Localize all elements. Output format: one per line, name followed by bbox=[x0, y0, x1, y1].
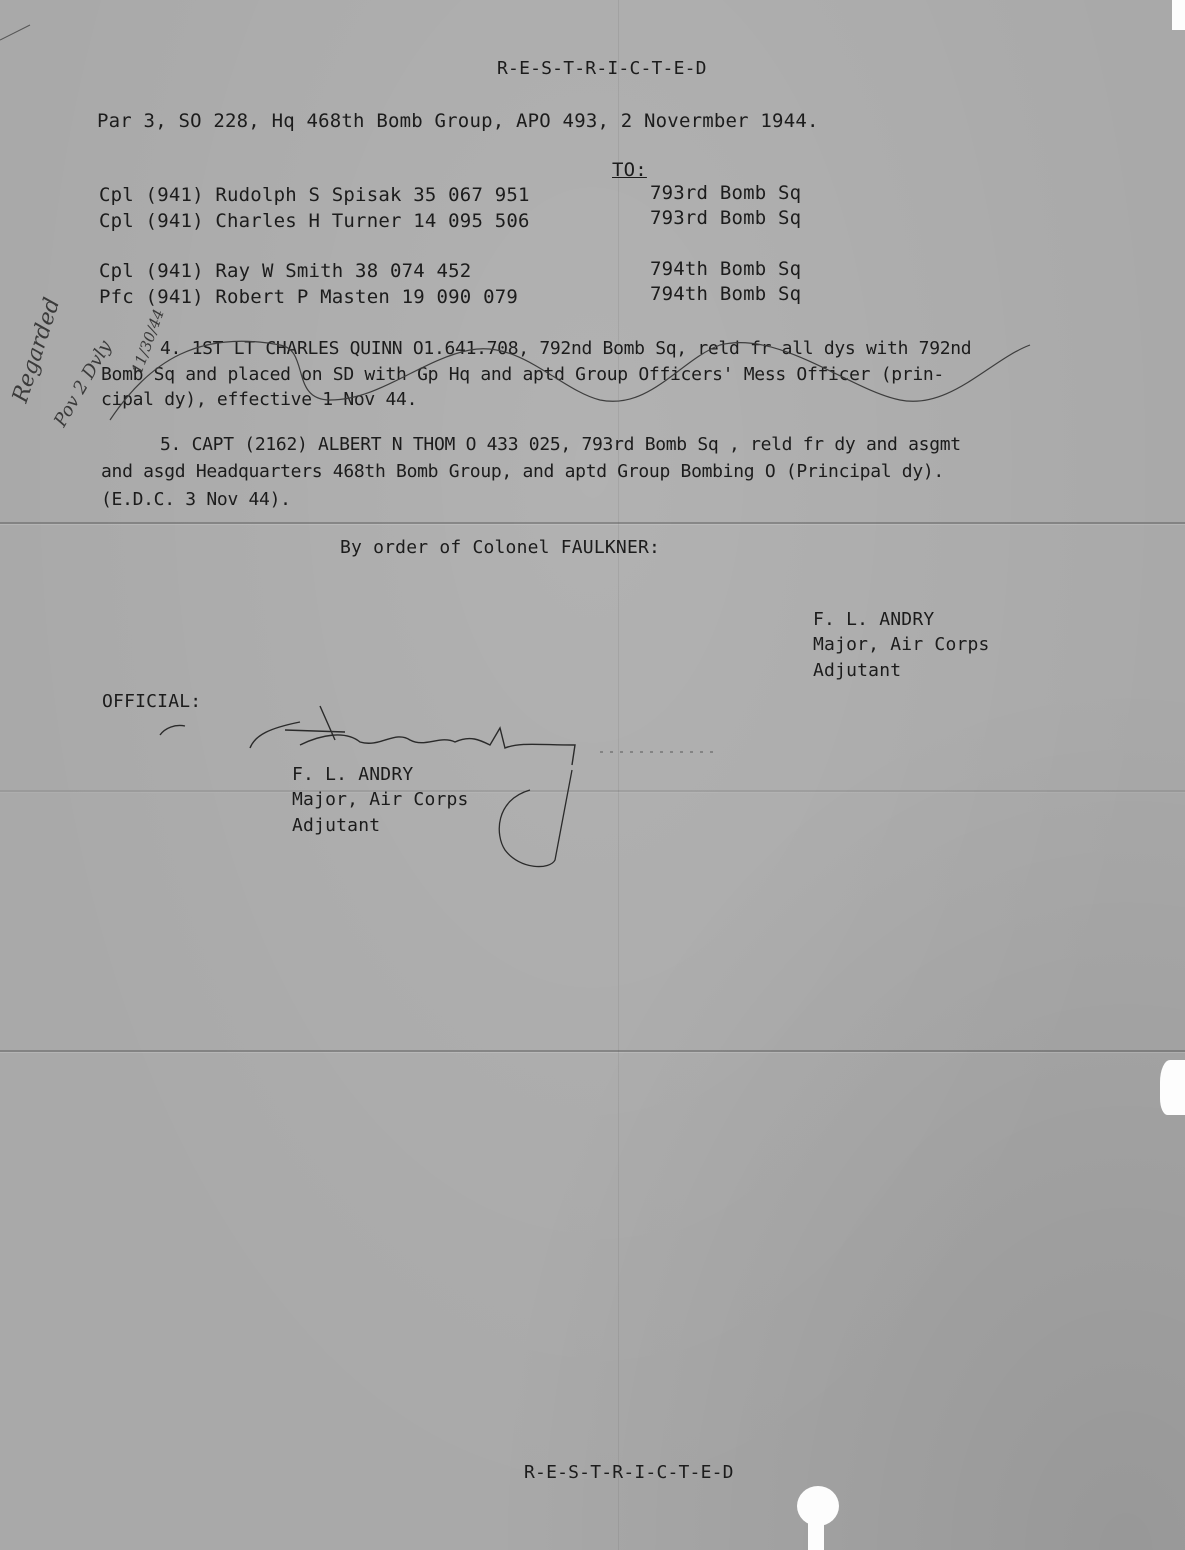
paper-tear bbox=[1172, 0, 1185, 30]
paper-tear bbox=[808, 1515, 824, 1550]
ink-marks bbox=[0, 0, 1185, 1550]
paper-tear bbox=[1160, 1060, 1185, 1115]
